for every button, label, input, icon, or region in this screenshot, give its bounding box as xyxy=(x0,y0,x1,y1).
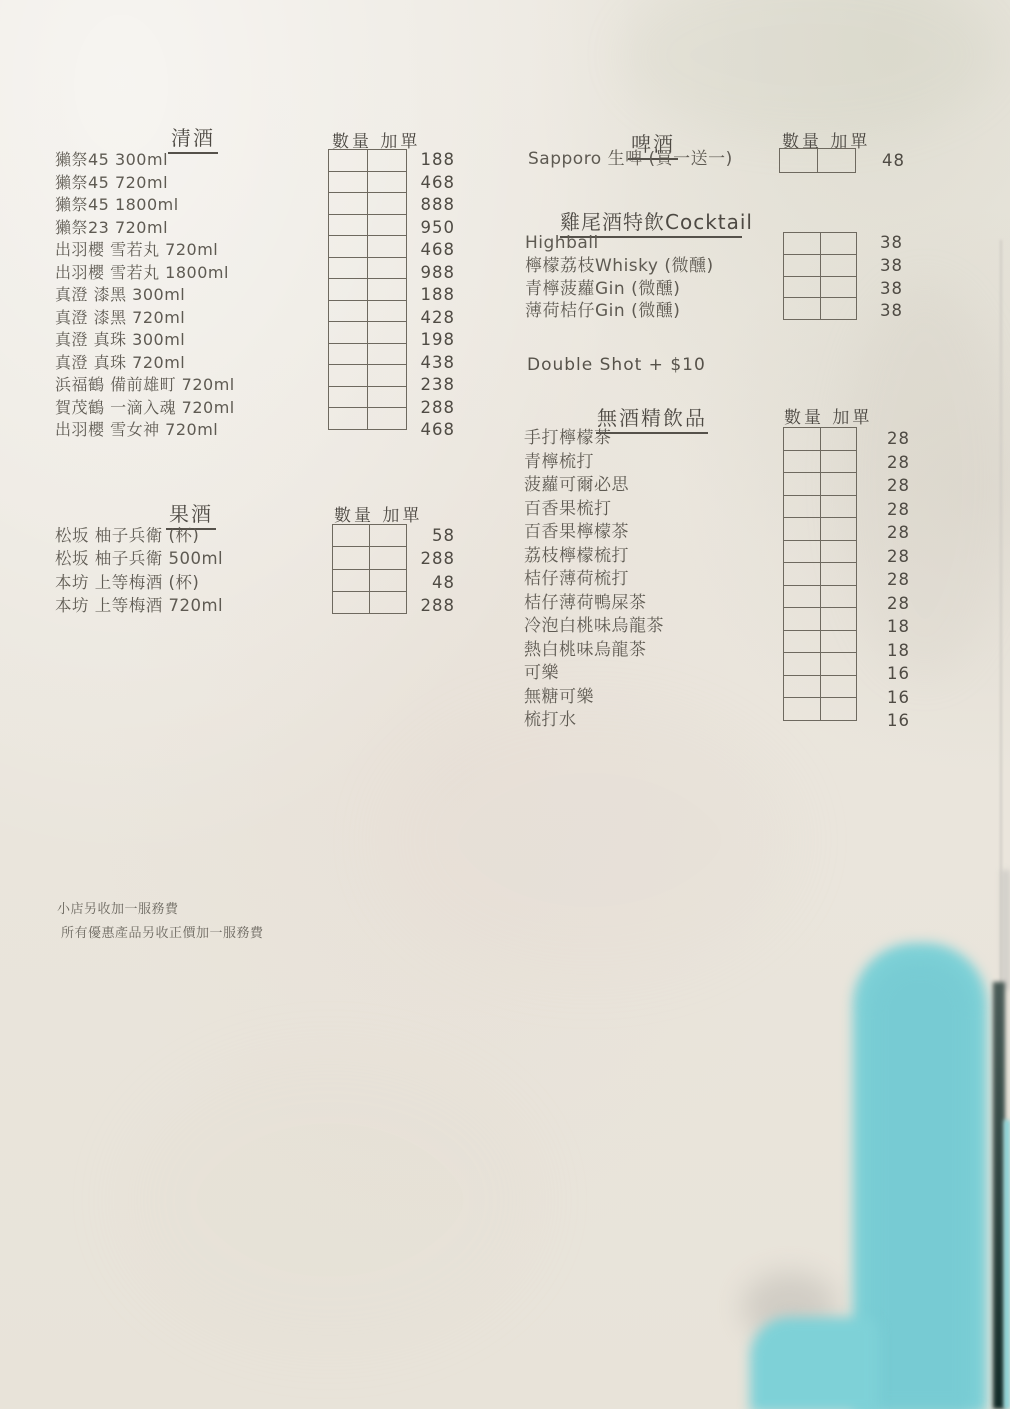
menu-item-price: 288 xyxy=(405,397,455,420)
order-grid-row xyxy=(783,254,857,277)
order-grid xyxy=(332,524,407,614)
add-order-cell xyxy=(820,276,858,299)
order-grid-row xyxy=(783,276,857,299)
menu-item-price: 28 xyxy=(862,521,910,545)
menu-item-name: 桔仔薄荷鴨屎茶 xyxy=(524,592,779,616)
qty-cell xyxy=(783,675,821,699)
qty-cell xyxy=(328,278,368,301)
add-order-cell xyxy=(820,427,858,451)
add-order-cell xyxy=(367,149,407,172)
menu-item-name: 桔仔薄荷梳打 xyxy=(524,568,779,592)
order-grid-row xyxy=(328,321,407,344)
menu-item-price: 28 xyxy=(862,545,910,569)
paper-texture-blob xyxy=(620,0,1000,140)
qty-cell xyxy=(783,276,821,299)
order-grid-row xyxy=(779,148,856,173)
menu-item-name: Sapporo 生啤 (買一送一) xyxy=(528,147,778,172)
menu-item-name: 手打檸檬茶 xyxy=(524,427,779,451)
item-prices-column: 188468888950468988188428198438238288468 xyxy=(405,149,455,442)
menu-item-price: 438 xyxy=(405,352,455,375)
menu-item-name: 梳打水 xyxy=(524,709,779,733)
qty-cell xyxy=(783,254,821,277)
menu-item-price: 38 xyxy=(856,278,903,301)
menu-item-name: 荔枝檸檬梳打 xyxy=(524,545,779,569)
order-grid-row xyxy=(328,192,407,215)
item-prices-column: 48 xyxy=(858,148,905,173)
add-order-cell xyxy=(820,697,858,721)
add-order-cell xyxy=(367,235,407,258)
order-grid-row xyxy=(328,364,407,387)
order-grid-row xyxy=(783,540,857,564)
menu-item-name: 菠蘿可爾必思 xyxy=(524,474,779,498)
qty-cell xyxy=(783,232,821,255)
order-grid-row xyxy=(332,546,407,569)
order-grid-row xyxy=(328,149,407,172)
qty-cell xyxy=(783,297,821,320)
add-order-cell xyxy=(367,214,407,237)
qty-cell xyxy=(328,214,368,237)
add-order-cell xyxy=(820,517,858,541)
menu-item-name: 青檸菠蘿Gin (微醺) xyxy=(525,278,780,301)
menu-item-name: 松坂 柚子兵衛 (杯) xyxy=(55,524,325,547)
menu-item-name: 真澄 真珠 720ml xyxy=(55,352,325,375)
menu-item-price: 38 xyxy=(856,300,903,323)
photo-edge-teal-sliver xyxy=(1004,1120,1010,1409)
order-grid-row xyxy=(783,697,857,721)
order-grid-row xyxy=(783,495,857,519)
qty-cell xyxy=(328,321,368,344)
order-grid-row xyxy=(783,517,857,541)
qty-cell xyxy=(328,407,368,430)
order-grid-row xyxy=(328,278,407,301)
order-quantity-header: 數量 加單 xyxy=(334,501,422,526)
menu-item-name: 獺祭23 720ml xyxy=(55,217,325,240)
paper-edge-shadow xyxy=(1001,870,1010,990)
qty-cell xyxy=(328,364,368,387)
order-grid-row xyxy=(783,585,857,609)
menu-item-name: 青檸梳打 xyxy=(524,451,779,475)
menu-item-name: Highball xyxy=(525,232,780,255)
menu-item-name: 百香果梳打 xyxy=(524,498,779,522)
menu-item-price: 16 xyxy=(862,709,910,733)
menu-item-price: 18 xyxy=(862,615,910,639)
add-order-cell xyxy=(820,562,858,586)
double-shot-note: Double Shot + $10 xyxy=(527,355,706,375)
menu-item-name: 真澄 真珠 300ml xyxy=(55,329,325,352)
menu-item-name: 獺祭45 1800ml xyxy=(55,194,325,217)
menu-item-name: 薄荷桔仔Gin (微醺) xyxy=(525,300,780,323)
menu-item-price: 28 xyxy=(862,451,910,475)
menu-page: 清酒 數量 加單 獺祭45 300ml獺祭45 720ml獺祭45 1800ml… xyxy=(0,0,1010,1409)
menu-item-price: 468 xyxy=(405,419,455,442)
item-names-column: 獺祭45 300ml獺祭45 720ml獺祭45 1800ml獺祭23 720m… xyxy=(55,149,325,442)
order-grid-row xyxy=(783,652,857,676)
add-order-cell xyxy=(367,300,407,323)
menu-item-name: 松坂 柚子兵衛 500ml xyxy=(55,547,325,570)
paper-texture-blob xyxy=(120,1050,540,1350)
menu-item-name: 熱白桃味烏龍茶 xyxy=(524,639,779,663)
qty-cell xyxy=(783,585,821,609)
order-grid-row xyxy=(783,232,857,255)
add-order-cell xyxy=(367,321,407,344)
order-grid-row xyxy=(332,569,407,592)
qty-cell xyxy=(328,192,368,215)
qty-cell xyxy=(783,697,821,721)
qty-cell xyxy=(332,591,370,614)
menu-item-price: 48 xyxy=(405,571,455,594)
add-order-cell xyxy=(369,546,407,569)
qty-cell xyxy=(332,569,370,592)
menu-item-price: 888 xyxy=(405,194,455,217)
qty-cell xyxy=(328,235,368,258)
add-order-cell xyxy=(820,652,858,676)
photo-edge-dark-band xyxy=(993,982,1005,1409)
menu-item-price: 288 xyxy=(405,547,455,570)
qty-cell xyxy=(783,562,821,586)
teal-highlighter-bar xyxy=(853,943,987,1409)
menu-item-name: 賀茂鶴 一滴入魂 720ml xyxy=(55,397,325,420)
order-grid-row xyxy=(332,524,407,547)
add-order-cell xyxy=(369,569,407,592)
add-order-cell xyxy=(820,297,858,320)
qty-cell xyxy=(332,546,370,569)
qty-cell xyxy=(783,652,821,676)
menu-item-price: 58 xyxy=(405,524,455,547)
menu-item-price: 468 xyxy=(405,239,455,262)
order-grid-row xyxy=(328,171,407,194)
add-order-cell xyxy=(820,607,858,631)
add-order-cell xyxy=(367,278,407,301)
add-order-cell xyxy=(820,495,858,519)
order-grid-row xyxy=(783,450,857,474)
add-order-cell xyxy=(367,343,407,366)
menu-item-name: 出羽櫻 雪女神 720ml xyxy=(55,419,325,442)
add-order-cell xyxy=(820,675,858,699)
menu-item-price: 48 xyxy=(858,148,905,173)
menu-item-price: 950 xyxy=(405,217,455,240)
order-grid-row xyxy=(783,427,857,451)
menu-item-name: 獺祭45 720ml xyxy=(55,172,325,195)
order-grid xyxy=(783,427,857,721)
item-prices-column: 5828848288 xyxy=(405,524,455,617)
menu-item-price: 28 xyxy=(862,474,910,498)
qty-cell xyxy=(783,427,821,451)
qty-cell xyxy=(783,540,821,564)
item-prices-column: 38383838 xyxy=(856,232,903,323)
menu-item-name: 檸檬荔枝Whisky (微醺) xyxy=(525,255,780,278)
qty-cell xyxy=(783,495,821,519)
menu-item-price: 468 xyxy=(405,172,455,195)
add-order-cell xyxy=(820,585,858,609)
item-names-column: Sapporo 生啤 (買一送一) xyxy=(528,147,778,172)
menu-item-name: 本坊 上等梅酒 (杯) xyxy=(55,571,325,594)
add-order-cell xyxy=(367,171,407,194)
order-grid-row xyxy=(783,562,857,586)
menu-item-price: 28 xyxy=(862,498,910,522)
add-order-cell xyxy=(367,386,407,409)
menu-item-name: 獺祭45 300ml xyxy=(55,149,325,172)
order-grid-row xyxy=(783,472,857,496)
menu-item-name: 冷泡白桃味烏龍茶 xyxy=(524,615,779,639)
order-grid xyxy=(779,148,856,173)
paper-texture-blob xyxy=(380,700,800,980)
menu-item-price: 28 xyxy=(862,427,910,451)
item-prices-column: 28282828282828281818161616 xyxy=(862,427,910,733)
item-names-column: 手打檸檬茶青檸梳打菠蘿可爾必思百香果梳打百香果檸檬茶荔枝檸檬梳打桔仔薄荷梳打桔仔… xyxy=(524,427,779,733)
order-grid-row xyxy=(328,343,407,366)
order-grid-row xyxy=(332,591,407,614)
service-charge-footnote: 小店另收加一服務費 xyxy=(57,898,179,917)
order-grid-row xyxy=(328,235,407,258)
add-order-cell xyxy=(369,524,407,547)
add-order-cell xyxy=(367,364,407,387)
order-grid xyxy=(328,149,407,430)
add-order-cell xyxy=(820,540,858,564)
qty-cell xyxy=(328,343,368,366)
add-order-cell xyxy=(367,192,407,215)
menu-item-name: 真澄 漆黑 300ml xyxy=(55,284,325,307)
paper-edge-line xyxy=(1000,240,1002,990)
qty-cell xyxy=(328,257,368,280)
gray-smudge xyxy=(742,1272,837,1342)
qty-cell xyxy=(779,148,818,173)
menu-item-name: 出羽櫻 雪若丸 1800ml xyxy=(55,262,325,285)
qty-cell xyxy=(783,607,821,631)
menu-item-price: 188 xyxy=(405,149,455,172)
qty-cell xyxy=(783,450,821,474)
order-grid-row xyxy=(783,630,857,654)
qty-cell xyxy=(328,300,368,323)
item-names-column: 松坂 柚子兵衛 (杯)松坂 柚子兵衛 500ml本坊 上等梅酒 (杯)本坊 上等… xyxy=(55,524,325,617)
menu-item-name: 真澄 漆黑 720ml xyxy=(55,307,325,330)
order-quantity-header: 數量 加單 xyxy=(784,403,872,428)
order-grid-row xyxy=(328,386,407,409)
menu-item-price: 18 xyxy=(862,639,910,663)
add-order-cell xyxy=(820,630,858,654)
menu-item-price: 238 xyxy=(405,374,455,397)
order-grid-row xyxy=(328,214,407,237)
menu-item-name: 本坊 上等梅酒 720ml xyxy=(55,594,325,617)
add-order-cell xyxy=(817,148,856,173)
add-order-cell xyxy=(369,591,407,614)
add-order-cell xyxy=(367,257,407,280)
menu-item-price: 28 xyxy=(862,592,910,616)
order-grid-row xyxy=(328,257,407,280)
qty-cell xyxy=(328,386,368,409)
menu-item-price: 428 xyxy=(405,307,455,330)
menu-item-name: 出羽櫻 雪若丸 720ml xyxy=(55,239,325,262)
menu-item-price: 188 xyxy=(405,284,455,307)
qty-cell xyxy=(783,630,821,654)
qty-cell xyxy=(783,517,821,541)
menu-item-price: 38 xyxy=(856,232,903,255)
order-grid-row xyxy=(783,297,857,320)
menu-item-name: 浜福鶴 備前雄町 720ml xyxy=(55,374,325,397)
add-order-cell xyxy=(820,232,858,255)
promo-service-charge-footnote: 所有優惠產品另收正價加一服務費 xyxy=(61,922,264,941)
menu-item-price: 38 xyxy=(856,255,903,278)
qty-cell xyxy=(328,171,368,194)
menu-item-price: 16 xyxy=(862,686,910,710)
add-order-cell xyxy=(820,472,858,496)
menu-item-price: 28 xyxy=(862,568,910,592)
menu-item-name: 百香果檸檬茶 xyxy=(524,521,779,545)
teal-highlighter-foot xyxy=(750,1317,878,1409)
menu-item-price: 16 xyxy=(862,662,910,686)
menu-item-price: 988 xyxy=(405,262,455,285)
add-order-cell xyxy=(820,254,858,277)
item-names-column: Highball檸檬荔枝Whisky (微醺)青檸菠蘿Gin (微醺)薄荷桔仔G… xyxy=(525,232,780,323)
order-grid-row xyxy=(783,675,857,699)
menu-item-price: 288 xyxy=(405,594,455,617)
qty-cell xyxy=(328,149,368,172)
menu-item-name: 無糖可樂 xyxy=(524,686,779,710)
order-grid-row xyxy=(328,300,407,323)
menu-item-name: 可樂 xyxy=(524,662,779,686)
qty-cell xyxy=(332,524,370,547)
add-order-cell xyxy=(820,450,858,474)
order-grid-row xyxy=(783,607,857,631)
teal-highlighter-bar-core xyxy=(867,960,974,1409)
order-grid xyxy=(783,232,857,320)
add-order-cell xyxy=(367,407,407,430)
menu-item-price: 198 xyxy=(405,329,455,352)
qty-cell xyxy=(783,472,821,496)
order-grid-row xyxy=(328,407,407,430)
